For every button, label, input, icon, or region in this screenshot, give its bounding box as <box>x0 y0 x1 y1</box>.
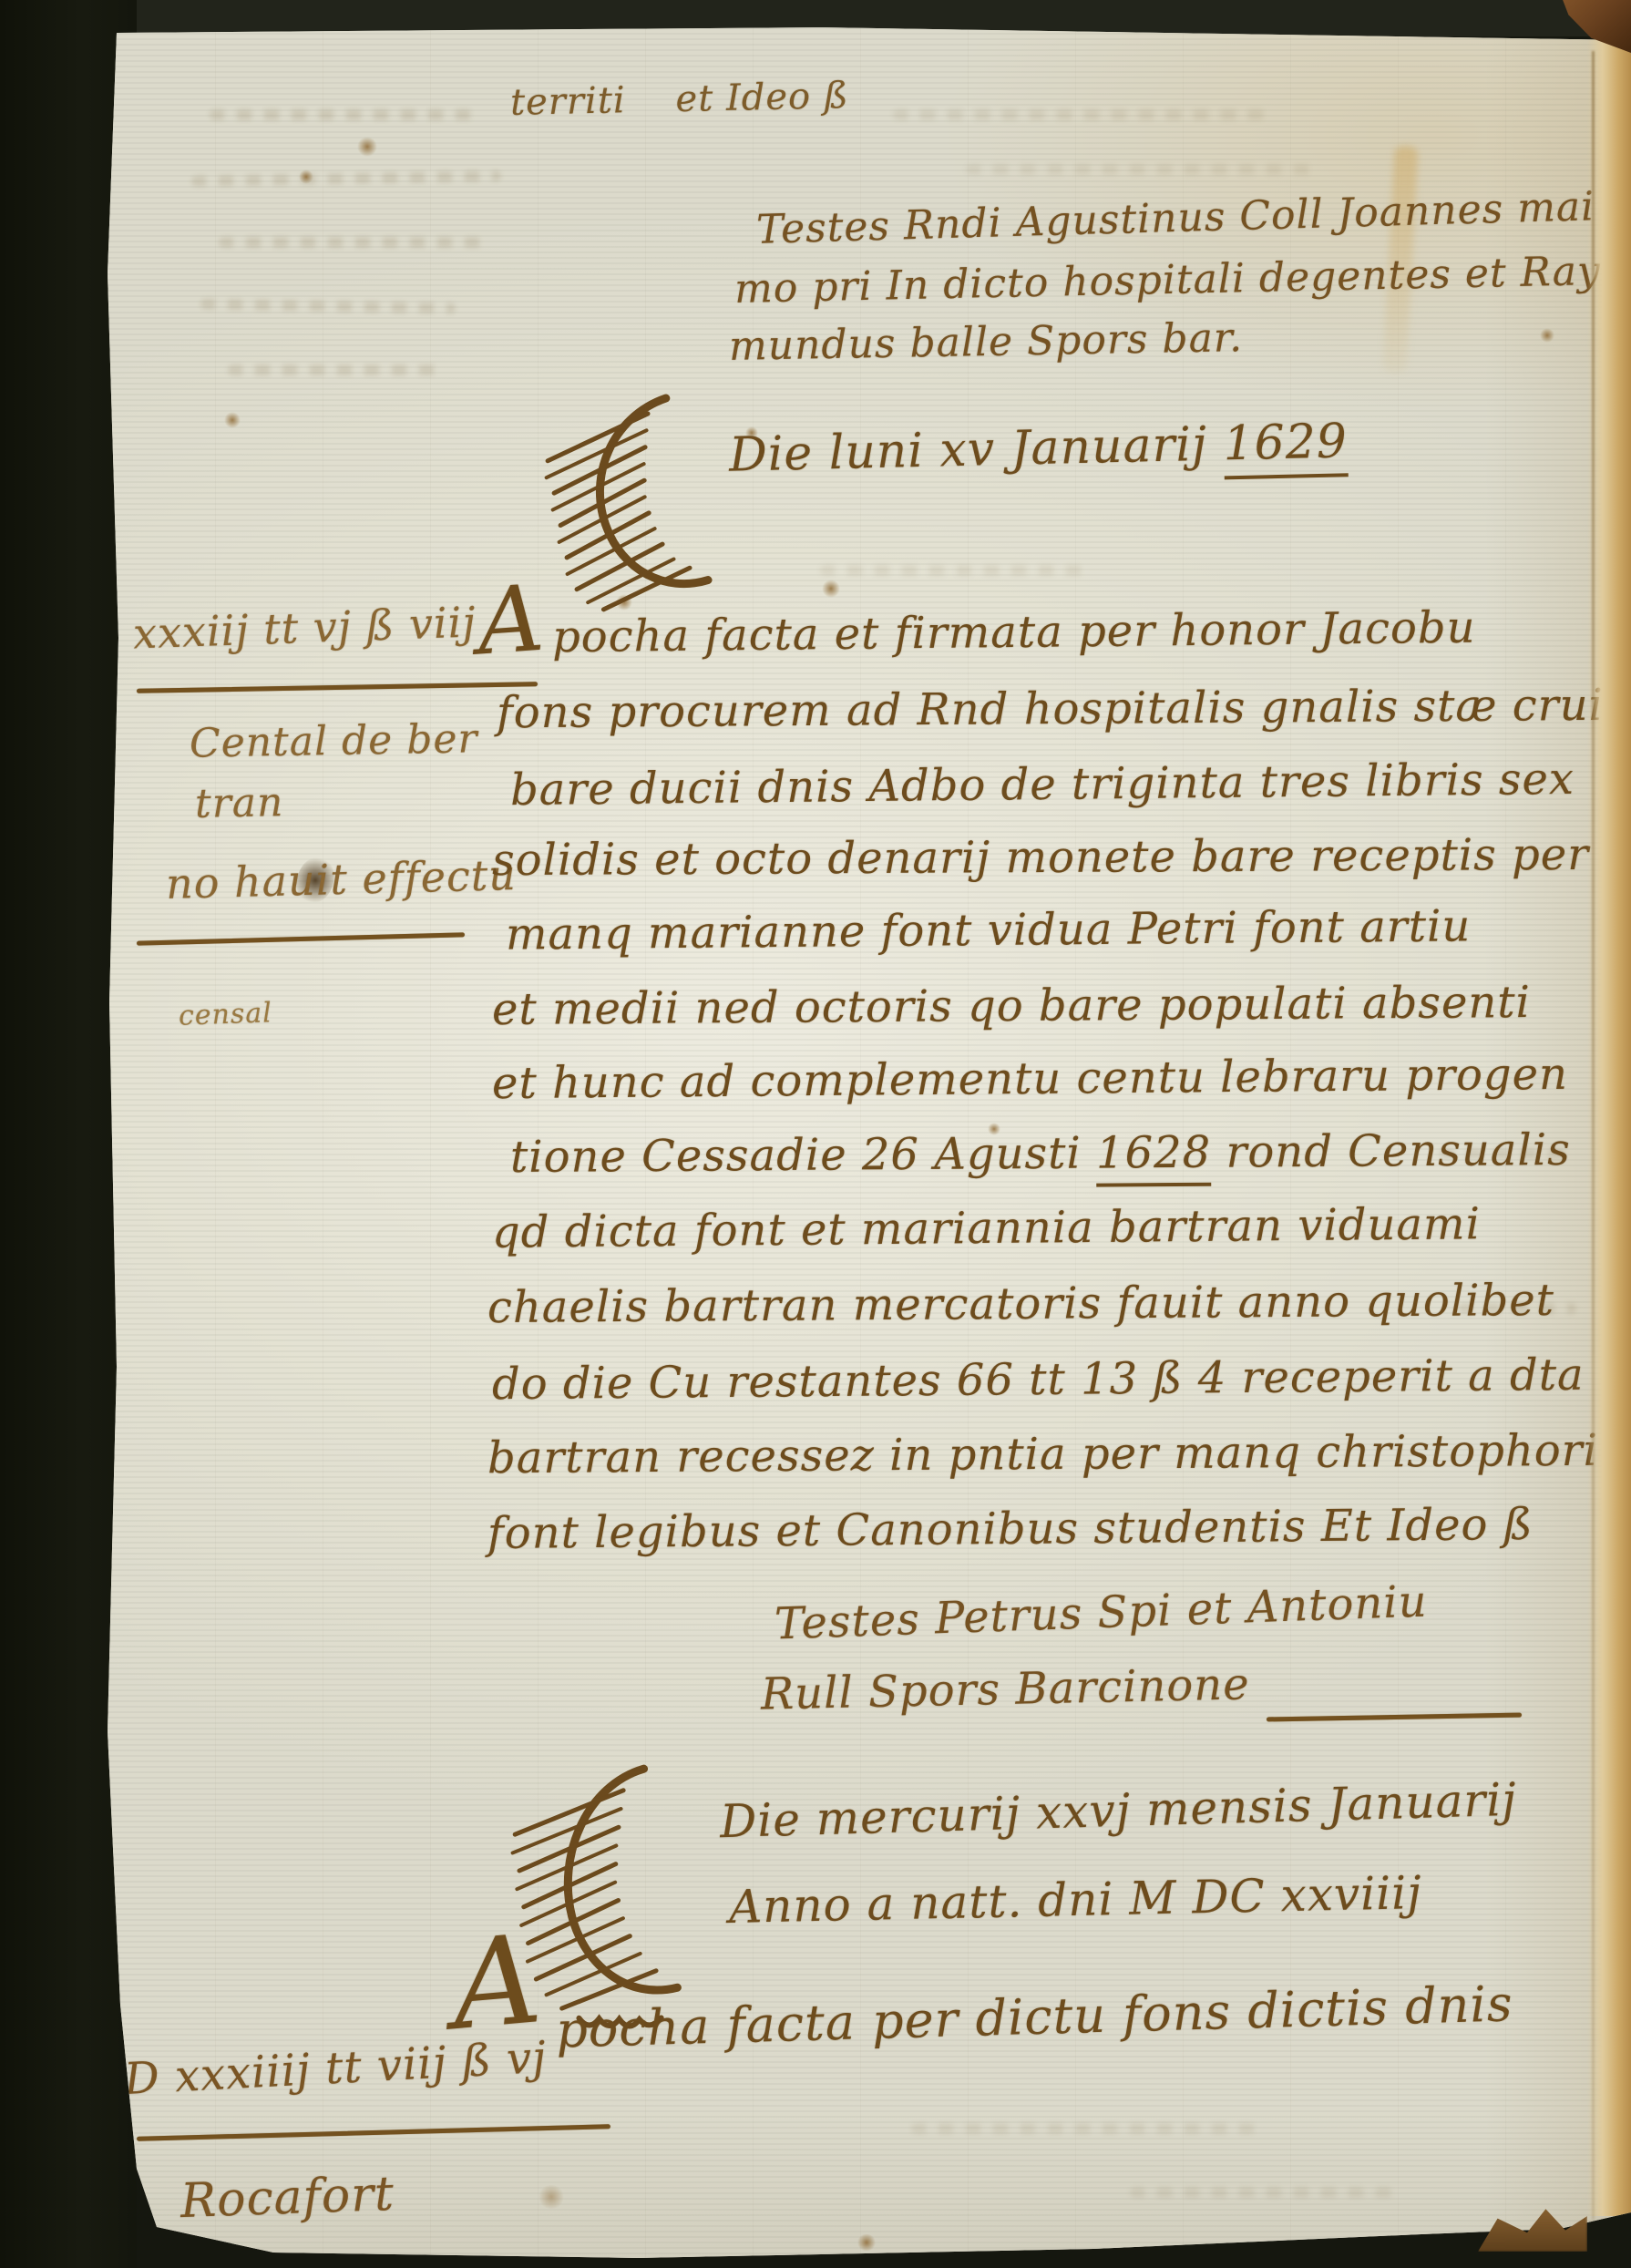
body-initial-letter: A <box>474 565 548 676</box>
ink-bleedthrough <box>893 109 1276 120</box>
foxing-spot <box>357 137 377 157</box>
notarial-paraph-icon <box>530 378 750 621</box>
body-line-12: bartran recessez in pntia per manq chris… <box>487 1425 1598 1484</box>
body-line-11: do die Cu restantes 66 tt 13 ß 4 receper… <box>492 1350 1585 1410</box>
witnesses-first-line3: mundus balle Spors bar. <box>729 314 1244 370</box>
body-line-8-year: 1628 <box>1096 1127 1212 1187</box>
body-line-7: et hunc ad complementu centu lebraru pro… <box>492 1049 1568 1109</box>
ink-bleedthrough <box>1130 2187 1403 2198</box>
date-first-prefix: Die luni xv Januarij <box>728 416 1224 482</box>
foxing-spot <box>822 580 840 598</box>
ink-bleedthrough <box>911 2123 1257 2134</box>
ink-bleedthrough <box>219 237 492 248</box>
ink-bleedthrough <box>210 109 483 120</box>
body-line-5: manq marianne font vidua Petri font arti… <box>506 900 1472 960</box>
ink-bleedthrough <box>228 364 446 375</box>
body-line-6: et medii ned octoris qo bare populati ab… <box>492 977 1531 1035</box>
body-line-2: fons procurem ad Rnd hospitalis gnalis s… <box>497 680 1627 739</box>
body-line-9: qd dicta font et mariannia bartran vidua… <box>492 1198 1481 1257</box>
foxing-spot <box>299 169 313 184</box>
manuscript-page: territi et Ideo ß Testes Rndi Agustinus … <box>0 0 1631 2268</box>
catchword-line: territi et Ideo ß <box>510 75 849 124</box>
margin-notary-name: Rocafort <box>180 2167 395 2229</box>
margin-censal-line1: Cental de ber <box>190 715 478 767</box>
margin-censal-small: censal <box>178 997 272 1032</box>
body-line-8-pre: tione Cessadie 26 Agusti <box>510 1128 1096 1183</box>
witnesses-second-line2: Rull Spors Barcinone <box>760 1658 1250 1719</box>
ink-bleedthrough <box>820 565 1093 576</box>
manuscript-photo: territi et Ideo ß Testes Rndi Agustinus … <box>0 0 1631 2268</box>
date-first-year: 1629 <box>1223 414 1349 479</box>
margin-no-effect-note: no hauit effectu <box>165 850 517 908</box>
body-line-8-post: rond Censualis <box>1211 1124 1571 1178</box>
body-line-10: chaelis bartran mercatoris fauit anno qu… <box>487 1275 1554 1333</box>
body-line-8: tione Cessadie 26 Agusti 1628 rond Censu… <box>510 1124 1571 1183</box>
body-line-13: font legibus et Canonibus studentis Et I… <box>487 1499 1534 1559</box>
page-edge-crease <box>1592 51 1595 2220</box>
ink-bleedthrough <box>966 164 1312 175</box>
foxing-spot <box>538 2185 565 2209</box>
foxing-spot <box>224 412 241 428</box>
foxing-spot <box>1540 328 1554 343</box>
body-line-4: solidis et octo denarij monete bare rece… <box>492 829 1589 886</box>
margin-censal-line2: tran <box>195 779 284 827</box>
foxing-spot <box>857 2234 877 2251</box>
body-line-1: pocha facta et firmata per honor Jacobu <box>552 602 1476 663</box>
